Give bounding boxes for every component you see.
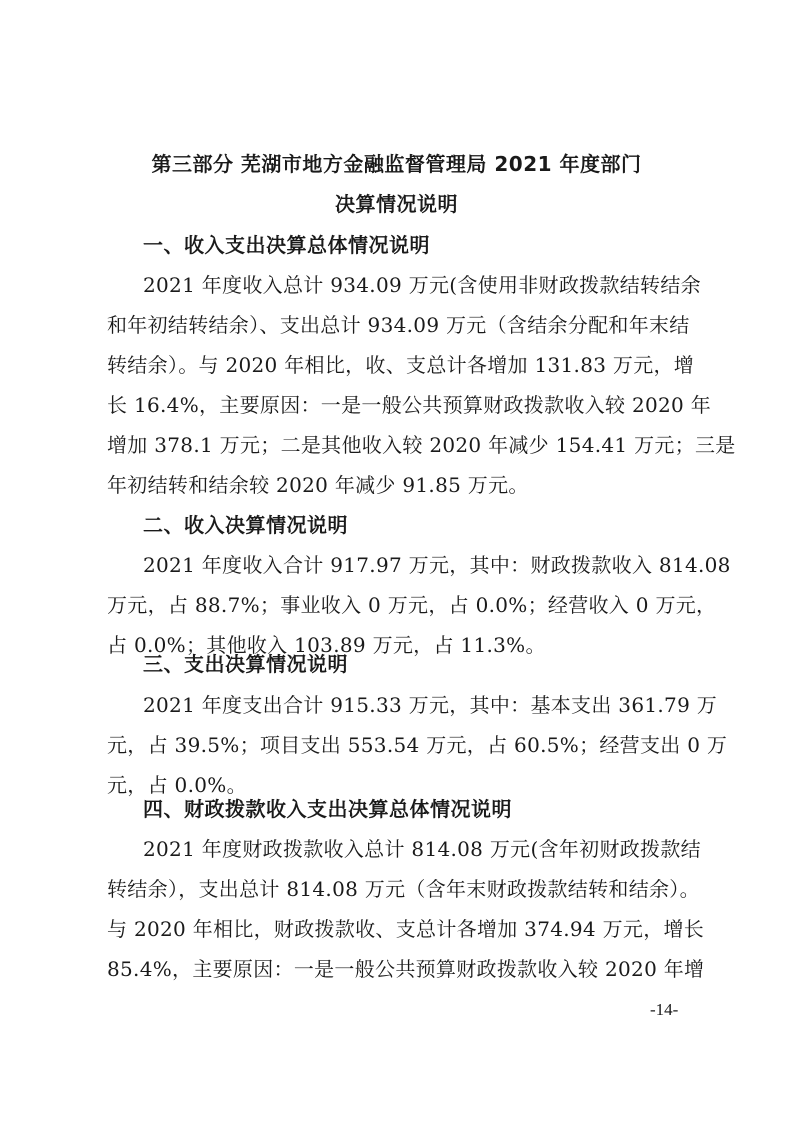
paragraph-line: 85.4%，主要原因：一是一般公共预算财政拨款收入较 2020 年增 bbox=[107, 953, 687, 982]
section-heading-1: 一、收入支出决算总体情况说明 bbox=[143, 229, 430, 258]
paragraph-line: 万元，占 88.7%；事业收入 0 万元，占 0.0%；经营收入 0 万元， bbox=[107, 589, 687, 618]
document-title-line-2: 决算情况说明 bbox=[0, 188, 793, 217]
paragraph-line: 增加 378.1 万元；二是其他收入较 2020 年减少 154.41 万元；三… bbox=[107, 429, 687, 458]
paragraph-line: 元，占 39.5%；项目支出 553.54 万元，占 60.5%；经营支出 0 … bbox=[107, 729, 687, 758]
paragraph-line: 2021 年度收入合计 917.97 万元，其中：财政拨款收入 814.08 bbox=[143, 549, 687, 578]
paragraph-line: 与 2020 年相比，财政拨款收、支总计各增加 374.94 万元，增长 bbox=[107, 913, 687, 942]
paragraph-line: 2021 年度支出合计 915.33 万元，其中：基本支出 361.79 万 bbox=[143, 689, 687, 718]
paragraph-line: 和年初结转结余）、支出总计 934.09 万元（含结余分配和年末结 bbox=[107, 309, 687, 338]
paragraph-line: 2021 年度财政拨款收入总计 814.08 万元(含年初财政拨款结 bbox=[143, 833, 687, 862]
section-heading-3: 三、支出决算情况说明 bbox=[143, 648, 348, 677]
page-number: -14- bbox=[650, 1000, 678, 1020]
section-heading-2: 二、收入决算情况说明 bbox=[143, 509, 348, 538]
paragraph-line: 长 16.4%，主要原因：一是一般公共预算财政拨款收入较 2020 年 bbox=[107, 389, 687, 418]
paragraph-line: 2021 年度收入总计 934.09 万元(含使用非财政拨款结转结余 bbox=[143, 269, 687, 298]
document-title-line-1: 第三部分 芜湖市地方金融监督管理局 2021 年度部门 bbox=[0, 148, 793, 177]
section-heading-4: 四、财政拨款收入支出决算总体情况说明 bbox=[143, 793, 512, 822]
paragraph-line: 转结余）。与 2020 年相比，收、支总计各增加 131.83 万元，增 bbox=[107, 349, 687, 378]
paragraph-line: 年初结转和结余较 2020 年减少 91.85 万元。 bbox=[107, 469, 687, 498]
paragraph-line: 转结余），支出总计 814.08 万元（含年末财政拨款结转和结余）。 bbox=[107, 873, 687, 902]
document-page: 第三部分 芜湖市地方金融监督管理局 2021 年度部门 决算情况说明 一、收入支… bbox=[0, 0, 793, 1122]
